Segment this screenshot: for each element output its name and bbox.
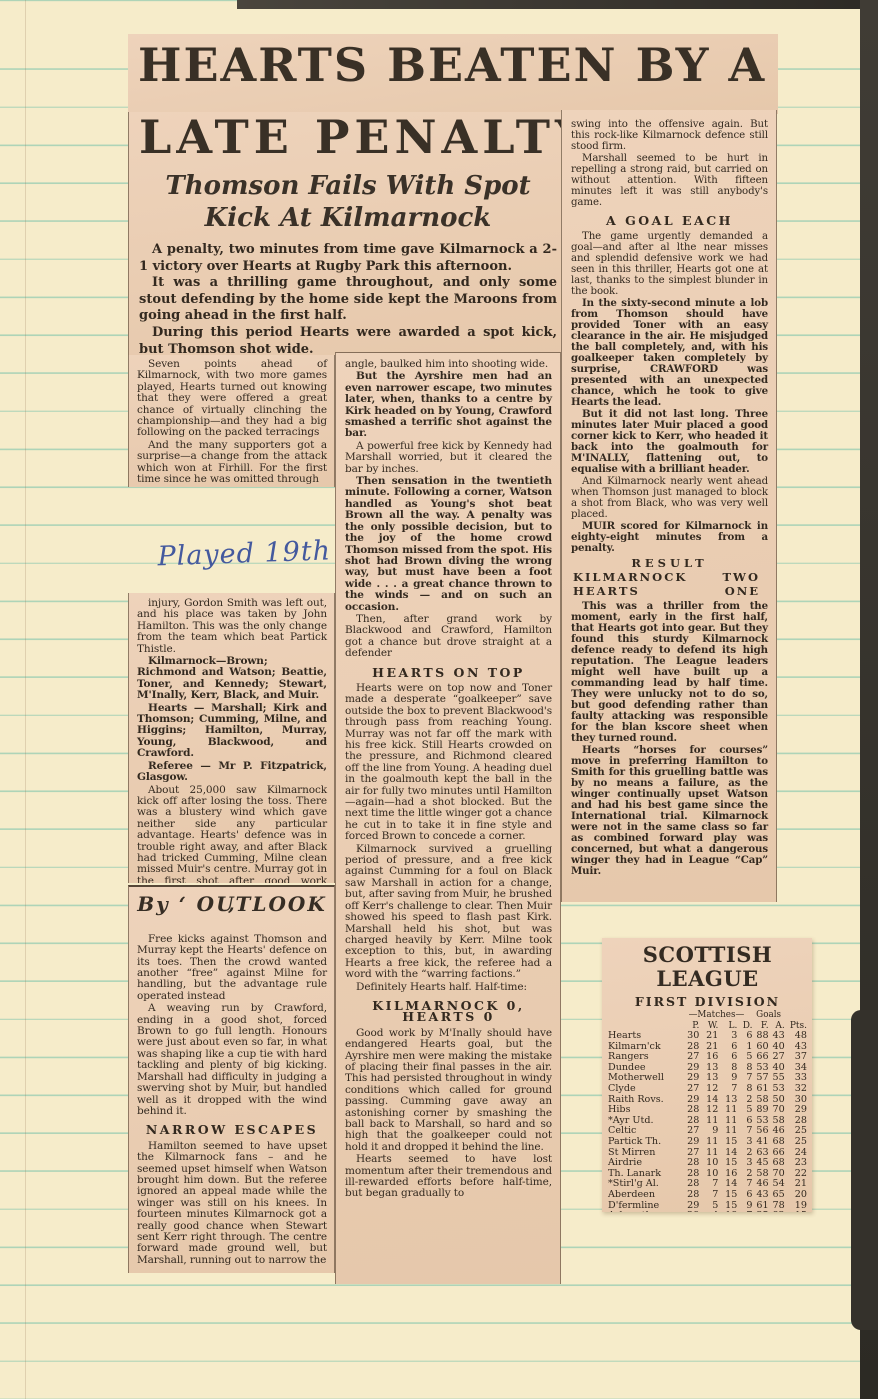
article-paragraph: Hamilton seemed to have upset the Kilmar… [137,1141,327,1266]
subheadline-line1: Thomson Fails With Spot [139,170,557,202]
article-middle-column: angle, baulked him into shooting wide. B… [335,352,561,1284]
article-paragraph: Then sensation in the twentieth minute. … [345,476,552,613]
result-team: HEARTS [573,585,640,599]
article-paragraph: Marshall seemed to be hurt in repelling … [571,153,768,208]
result-row: HEARTS ONE [571,585,768,599]
clipping-headline-strip: HEARTS BEATEN BY A [128,34,778,114]
article-paragraph: Hearts “horses for courses” move in pref… [571,745,768,877]
article-paragraph: Hearts were on top now and Toner made a … [345,683,552,843]
team-line-hearts: Hearts — Marshall; Kirk and Thomson; Cum… [137,703,327,760]
article-paragraph: MUIR scored for Kilmarnock in eighty-eig… [571,521,768,554]
clipping-lead-block: LATE PENALTY Thomson Fails With Spot Kic… [128,112,565,366]
article-paragraph: Then, after grand work by Blackwood and … [345,614,552,660]
subheadline: Thomson Fails With Spot Kick At Kilmarno… [139,170,557,234]
article-paragraph: About 25,000 saw Kilmarnock kick off aft… [137,785,327,884]
league-stat-value: 65 [769,1190,785,1201]
league-stat-value: 29 [680,1211,699,1212]
league-stat-value: 35 [753,1211,769,1212]
article-paragraph: A weaving run by Crawford, ending in a g… [137,1003,327,1117]
league-table-group-header-row: —Matches— Goals [608,1011,807,1021]
league-table: —Matches— Goals P. W. L. D. F. A. Pts. H… [608,1011,807,1212]
league-stat-value: 4 [699,1211,718,1212]
intro-paragraph: It was a thrilling game throughout, and … [139,275,557,325]
headline-line2: LATE PENALTY [139,114,557,160]
match-result-box: RESULT KILMARNOCK TWO HEARTS ONE [571,558,768,598]
article-paragraph: injury, Gordon Smith was left out, and h… [137,598,327,655]
league-stat-value: 6 [737,1190,752,1201]
league-stat-value: 7 [699,1190,718,1201]
page-edge-right-bump [851,1010,878,1330]
result-score: TWO [723,571,761,585]
league-stat-value: 15 [785,1211,807,1212]
league-table-row: Arbroath294187358215 [608,1211,807,1212]
article-right-column: swing into the offensive again. But this… [561,110,777,902]
halftime-score-heading: KILMARNOCK 0, HEARTS 0 [345,1000,552,1023]
league-table-row: Aberdeen287156436520 [608,1190,807,1201]
article-paragraph: And Kilmarnock nearly went ahead when Th… [571,476,768,520]
league-col-header [608,1011,680,1021]
referee-line: Referee — Mr P. Fitzpatrick, Glasgow. [137,761,327,784]
article-paragraph: But the Ayrshire men had an even narrowe… [345,371,552,439]
league-stat-value: 20 [785,1190,807,1201]
result-score: ONE [725,585,760,599]
ledger-margin-line [25,0,26,1399]
article-paragraph: A powerful free kick by Kennedy had Mars… [345,441,552,475]
article-paragraph: Seven points ahead of Kilmarnock, with t… [137,359,327,439]
league-stat-value: 28 [680,1190,699,1201]
section-heading-a-goal-each: A GOAL EACH [571,215,768,226]
intro-block: A penalty, two minutes from time gave Ki… [139,242,557,358]
article-paragraph: Definitely Hearts half. Half-time: [345,982,552,993]
league-stat-value: 43 [753,1190,769,1201]
league-team-name: Aberdeen [608,1190,680,1201]
page-edge-top [237,0,878,9]
article-paragraph: Free kicks against Thomson and Murray ke… [137,934,327,1002]
league-team-name: Arbroath [608,1211,680,1212]
right-column-text: swing into the offensive again. But this… [571,119,768,877]
section-heading-hearts-on-top: HEARTS ON TOP [345,667,552,678]
headline-line1: HEARTS BEATEN BY A [138,42,778,88]
section-heading-narrow-escapes: NARROW ESCAPES [137,1124,327,1135]
league-stat-value: 18 [718,1211,737,1212]
article-paragraph: swing into the offensive again. But this… [571,119,768,152]
article-paragraph: Good work by M'Inally should have endang… [345,1028,552,1153]
article-paragraph: This was a thriller from the moment, ear… [571,601,768,744]
league-col-header [785,1011,807,1021]
intro-paragraph: A penalty, two minutes from time gave Ki… [139,242,557,275]
article-paragraph: Kilmarnock survived a gruelling period o… [345,844,552,981]
league-stat-value: 82 [769,1211,785,1212]
article-left-column-teams: injury, Gordon Smith was left out, and h… [128,593,335,883]
league-stat-value: 15 [718,1190,737,1201]
article-paragraph: But it did not last long. Three minutes … [571,409,768,475]
article-outlook-column: By ‘ OUTLOOK ’ Free kicks against Thomso… [128,885,335,1273]
league-stat-value: 7 [737,1211,752,1212]
scrapbook-page: HEARTS BEATEN BY A LATE PENALTY Thomson … [0,0,878,1399]
article-paragraph: In the sixty-second minute a lob from Th… [571,298,768,408]
article-paragraph: Hearts seemed to have lost momentum afte… [345,1154,552,1200]
article-left-column-top: Seven points ahead of Kilmarnock, with t… [128,355,335,487]
subheadline-line2: Kick At Kilmarnock [139,202,557,234]
league-table-title: SCOTTISH LEAGUE [608,943,807,991]
league-group-goals: Goals [753,1011,785,1021]
league-table-subtitle: FIRST DIVISION [608,994,807,1009]
result-row: KILMARNOCK TWO [571,571,768,585]
article-paragraph: And the many supporters got a surprise—a… [137,440,327,486]
article-paragraph: The game urgently demanded a goal—and af… [571,231,768,297]
byline-outlook: By ‘ OUTLOOK ’ [137,899,327,922]
result-team: KILMARNOCK [573,571,687,585]
result-heading: RESULT [571,558,768,569]
article-paragraph: angle, baulked him into shooting wide. [345,359,552,370]
league-group-matches: —Matches— [680,1011,752,1021]
league-table-clipping: SCOTTISH LEAGUE FIRST DIVISION —Matches—… [602,938,812,1212]
team-line-kilmarnock: Kilmarnock—Brown; Richmond and Watson; B… [137,656,327,702]
